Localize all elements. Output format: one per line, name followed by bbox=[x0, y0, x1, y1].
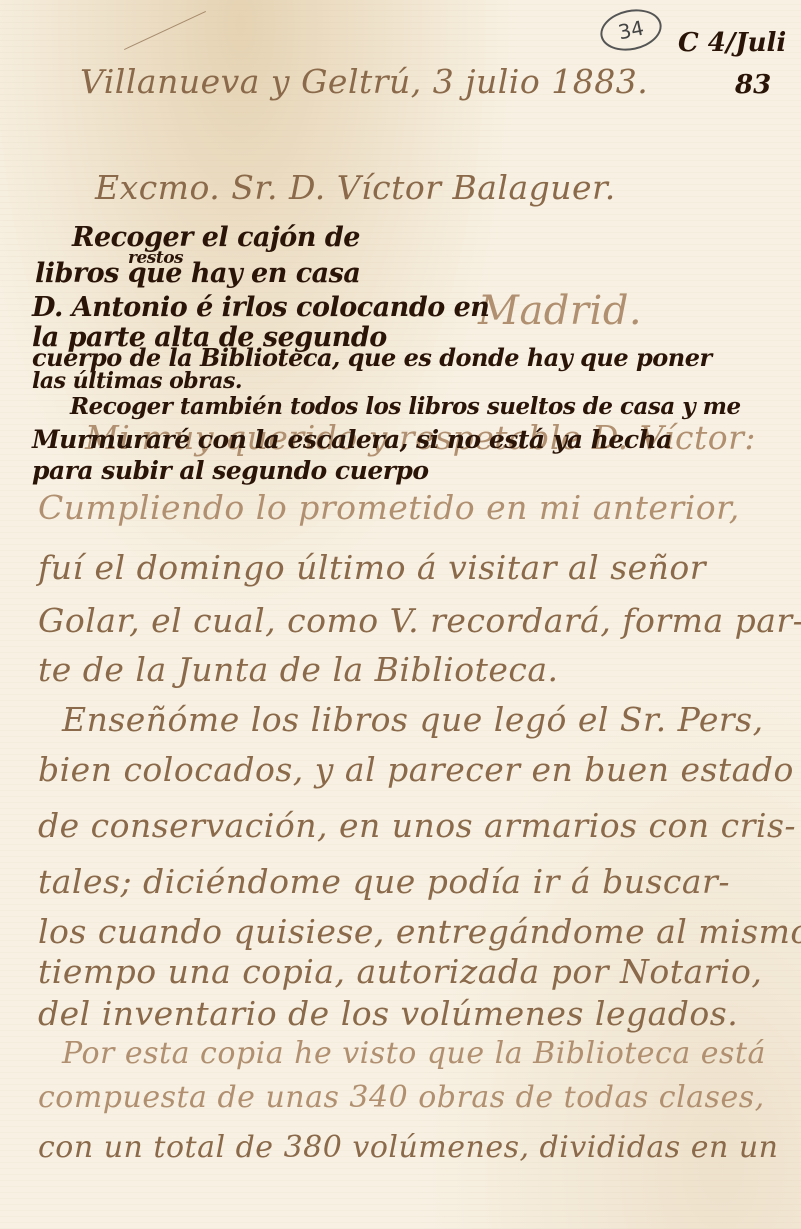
annotation-line: Recoger también todos los libros sueltos… bbox=[70, 393, 741, 420]
body-line: te de la Junta de la Biblioteca. bbox=[38, 650, 559, 689]
annotation-line: libros que hay en casa bbox=[35, 258, 360, 289]
body-line: Enseñóme los libros que legó el Sr. Pers… bbox=[62, 700, 764, 739]
annotation-line: Murmuraré con la escalera, si no está ya… bbox=[32, 425, 672, 454]
body-line: con un total de 380 volúmenes, divididas… bbox=[38, 1130, 778, 1165]
body-line: del inventario de los volúmenes legados. bbox=[38, 994, 738, 1033]
decorative-flourish bbox=[124, 11, 206, 50]
letter-page: 34 C 4/Juli 83 Villanueva y Geltrú, 3 ju… bbox=[0, 0, 801, 1229]
body-line: los cuando quisiese, entregándome al mis… bbox=[38, 912, 801, 951]
annotation-line: las últimas obras. bbox=[32, 368, 242, 394]
place-date: Villanueva y Geltrú, 3 julio 1883. bbox=[80, 62, 648, 101]
body-line: Por esta copia he visto que la Bibliotec… bbox=[62, 1036, 766, 1071]
archive-number-stamp: 34 bbox=[597, 4, 666, 56]
annotation-line: D. Antonio é irlos colocando en bbox=[32, 292, 489, 323]
archive-number: 34 bbox=[616, 16, 646, 45]
city-name: Madrid. bbox=[478, 288, 642, 334]
body-line: Golar, el cual, como V. recordará, forma… bbox=[38, 601, 801, 640]
received-mark-line2: 83 bbox=[735, 70, 771, 100]
body-line: tiempo una copia, autorizada por Notario… bbox=[38, 952, 762, 991]
received-mark-line1: C 4/Juli bbox=[678, 28, 786, 58]
body-line: fuí el domingo último á visitar al señor bbox=[38, 548, 706, 587]
annotation-line: Recoger el cajón de bbox=[72, 222, 360, 253]
body-line: de conservación, en unos armarios con cr… bbox=[38, 806, 796, 845]
body-line: Cumpliendo lo prometido en mi anterior, bbox=[38, 488, 740, 527]
annotation-line: para subir al segundo cuerpo bbox=[32, 456, 429, 485]
body-line: bien colocados, y al parecer en buen est… bbox=[38, 750, 794, 789]
body-line: tales; diciéndome que podía ir á buscar- bbox=[38, 862, 730, 901]
body-line: compuesta de unas 340 obras de todas cla… bbox=[38, 1080, 765, 1115]
salutation-header: Excmo. Sr. D. Víctor Balaguer. bbox=[95, 168, 616, 207]
